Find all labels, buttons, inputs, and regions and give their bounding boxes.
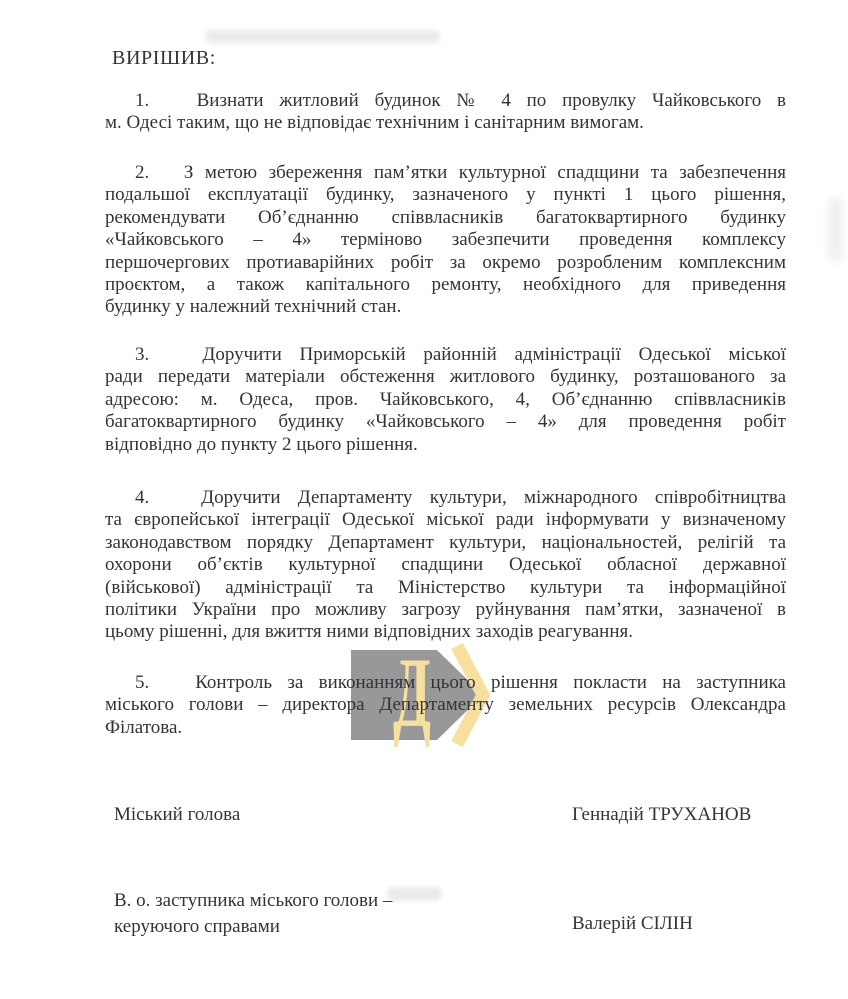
text-line: подальшої експлуатації будинку, зазначен… [105, 184, 786, 206]
text-line: політики України про можливу загрозу руй… [105, 599, 786, 621]
paragraph-1: 1. Визнати житловий будинок № 4 по прову… [105, 90, 786, 135]
text-line: багатоквартирного будинку «Чайковського … [105, 411, 786, 433]
text-line: В. о. заступника міського голови – [114, 888, 392, 914]
text-line: першочергових протиаварійних робіт за ок… [105, 252, 786, 274]
signature-title-deputy: В. о. заступника міського голови –керуюч… [114, 888, 392, 940]
paragraph-5: 5. Контроль за виконанням цього рішення … [105, 672, 786, 739]
document-page: Д ВИРІШИВ: 1. Визнати житловий будинок №… [0, 0, 848, 999]
document-text-layer: ВИРІШИВ: 1. Визнати житловий будинок № 4… [0, 0, 848, 999]
text-line: м. Одесі таким, що не відповідає технічн… [105, 112, 786, 134]
text-line: (військової) адміністрації та Міністерст… [105, 577, 786, 599]
signature-title-mayor: Міський голова [114, 804, 240, 826]
text-line: цьому рішенні, для вжиття ними відповідн… [105, 621, 786, 643]
text-line: міського голови – директора Департаменту… [105, 694, 786, 716]
text-line: адресою: м. Одеса, пров. Чайковського, 4… [105, 389, 786, 411]
text-line: та європейської інтеграції Одеської місь… [105, 509, 786, 531]
text-line: рекомендувати Об’єднанню співвласників б… [105, 207, 786, 229]
signature-name-mayor: Геннадій ТРУХАНОВ [572, 804, 751, 826]
decision-heading: ВИРІШИВ: [112, 47, 216, 70]
text-line: ради передати матеріали обстеження житло… [105, 366, 786, 388]
text-line: законодавством порядку Департамент культ… [105, 532, 786, 554]
text-line: відповідно до пункту 2 цього рішення. [105, 434, 786, 456]
text-line: 3. Доручити Приморській районній адмініс… [105, 344, 786, 366]
text-line: 4. Доручити Департаменту культури, міжна… [105, 487, 786, 509]
text-line: 1. Визнати житловий будинок № 4 по прову… [105, 90, 786, 112]
text-line: охорони об’єктів культурної спадщини Оде… [105, 554, 786, 576]
text-line: проєктом, а також капітального ремонту, … [105, 274, 786, 296]
paragraph-3: 3. Доручити Приморській районній адмініс… [105, 344, 786, 456]
text-line: Філатова. [105, 717, 786, 739]
text-line: керуючого справами [114, 914, 392, 940]
signature-name-deputy: Валерій СІЛІН [572, 913, 693, 935]
text-line: 5. Контроль за виконанням цього рішення … [105, 672, 786, 694]
scanned-document-page: { "document": { "heading": "ВИРІШИВ:", "… [0, 0, 848, 999]
text-line: «Чайковського – 4» терміново забезпечити… [105, 229, 786, 251]
text-line: будинку у належний технічний стан. [105, 296, 786, 318]
paragraph-2: 2. З метою збереження пам’ятки культурно… [105, 162, 786, 319]
paragraph-4: 4. Доручити Департаменту культури, міжна… [105, 487, 786, 644]
text-line: 2. З метою збереження пам’ятки культурно… [105, 162, 786, 184]
